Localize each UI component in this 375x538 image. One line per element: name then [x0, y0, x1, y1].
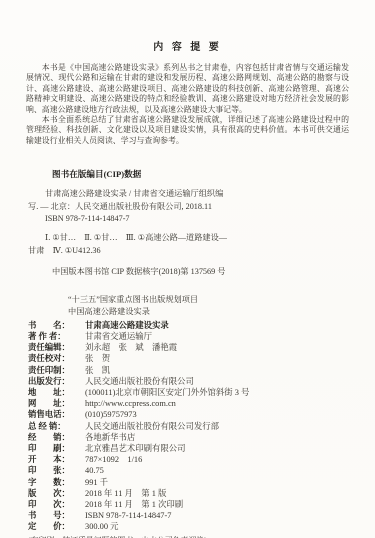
row-label: 印 张：	[28, 465, 85, 476]
cip-classification-line: 甘肃 Ⅳ. ①U412.36	[28, 245, 375, 257]
row-value: 787×1092 1/16	[85, 454, 142, 465]
colophon-row: 书 名：甘肃高速公路建设实录	[28, 320, 375, 331]
cip-record-number: 中国版本图书馆 CIP 数据核字(2018)第 137569 号	[52, 266, 375, 277]
colophon-row: 字 数：991 千	[28, 477, 375, 488]
row-label: 开 本：	[28, 454, 85, 465]
row-label: 经 销：	[28, 432, 85, 443]
series-title: 中国高速公路建设实录	[68, 306, 375, 318]
series-note: “十三五”国家重点图书出版规划项目	[68, 294, 375, 306]
row-value: 991 千	[85, 477, 108, 488]
colophon-row: 责任校对：张 贺	[28, 353, 375, 364]
row-value: 张 贺	[85, 353, 110, 364]
book-colophon-page: 内 容 提 要 本书是《中国高速公路建设实录》系列丛书之甘肃卷，内容包括甘肃省情…	[0, 0, 375, 538]
colophon-row: 网 址：http://www.ccpress.com.cn	[28, 398, 375, 409]
row-value: 2018 年 11 月 第 1 版	[85, 488, 166, 499]
row-label: 网 址：	[28, 398, 85, 409]
row-label: 责任校对：	[28, 353, 85, 364]
cip-classification-line: Ⅰ. ①甘… Ⅱ. ①甘… Ⅲ. ①高速公路—道路建设—	[28, 232, 375, 244]
row-value: 甘肃省交通运输厅	[85, 331, 152, 342]
content-summary-section: 内 容 提 要 本书是《中国高速公路建设实录》系列丛书之甘肃卷，内容包括甘肃省情…	[0, 38, 375, 146]
row-label: 印 次：	[28, 499, 85, 510]
colophon-section: “十三五”国家重点图书出版规划项目 中国高速公路建设实录 书 名：甘肃高速公路建…	[0, 294, 375, 538]
colophon-row: 开 本：787×1092 1/16	[28, 454, 375, 465]
colophon-row: 经 销：各地新华书店	[28, 432, 375, 443]
row-label: 印 刷：	[28, 443, 85, 454]
row-value: 各地新华书店	[85, 432, 135, 443]
colophon-row: 著 作 者：甘肃省交通运输厅	[28, 331, 375, 342]
colophon-row: 销售电话：(010)59757973	[28, 409, 375, 420]
row-value: 北京雅昌艺术印刷有限公司	[85, 443, 186, 454]
summary-title: 内 容 提 要	[0, 38, 375, 53]
colophon-row: 责任编辑：刘永超 张 斌 潘艳霞	[28, 342, 375, 353]
colophon-row: 书 号：ISBN 978-7-114-14847-7	[28, 510, 375, 521]
row-label: 版 次：	[28, 488, 85, 499]
row-value: (100011)北京市朝阳区安定门外外馆斜街 3 号	[85, 387, 249, 398]
row-label: 著 作 者：	[28, 331, 85, 342]
row-value: 刘永超 张 斌 潘艳霞	[85, 342, 177, 353]
colophon-row: 印 次：2018 年 11 月 第 1 次印刷	[28, 499, 375, 510]
cip-description-line: 写. — 北京：人民交通出版社股份有限公司, 2018.11	[28, 201, 375, 213]
row-label: 销售电话：	[28, 409, 85, 420]
colophon-row: 印 张：40.75	[28, 465, 375, 476]
row-label: 书 名：	[28, 320, 85, 331]
cip-description-line: 甘肃高速公路建设实录 / 甘肃省交通运输厅组织编	[28, 188, 375, 200]
colophon-row: 印 刷：北京雅昌艺术印刷有限公司	[28, 443, 375, 454]
colophon-row: 出版发行：人民交通出版社股份有限公司	[28, 376, 375, 387]
colophon-row: 责任印制：张 凯	[28, 365, 375, 376]
row-label: 出版发行：	[28, 376, 85, 387]
quality-note: (有印刷、装订质量问题的图书，由本公司负责调换)	[28, 535, 375, 538]
cip-title: 图书在版编目(CIP)数据	[52, 168, 375, 180]
row-value: 40.75	[85, 465, 104, 476]
row-value: 人民交通出版社股份有限公司	[85, 376, 194, 387]
row-label: 地 址：	[28, 387, 85, 398]
summary-paragraph: 本书是《中国高速公路建设实录》系列丛书之甘肃卷，内容包括甘肃省情与交通运输发展情…	[26, 63, 349, 115]
row-label: 责任编辑：	[28, 342, 85, 353]
colophon-rows: 书 名：甘肃高速公路建设实录著 作 者：甘肃省交通运输厅责任编辑：刘永超 张 斌…	[28, 320, 375, 533]
colophon-row: 地 址：(100011)北京市朝阳区安定门外外馆斜街 3 号	[28, 387, 375, 398]
row-value: 张 凯	[85, 365, 110, 376]
row-value: 甘肃高速公路建设实录	[85, 320, 169, 331]
row-value: 人民交通出版社股份有限公司发行部	[85, 421, 219, 432]
row-value: 2018 年 11 月 第 1 次印刷	[85, 499, 183, 510]
cip-isbn-line: ISBN 978-7-114-14847-7	[28, 213, 375, 225]
row-value: (010)59757973	[85, 409, 137, 420]
row-label: 总 经 销：	[28, 421, 85, 432]
row-label: 责任印制：	[28, 365, 85, 376]
colophon-row: 总 经 销：人民交通出版社股份有限公司发行部	[28, 421, 375, 432]
row-value: 300.00 元	[85, 521, 119, 532]
cip-section: 图书在版编目(CIP)数据 甘肃高速公路建设实录 / 甘肃省交通运输厅组织编 写…	[0, 168, 375, 277]
colophon-row: 定 价：300.00 元	[28, 521, 375, 532]
row-label: 定 价：	[28, 521, 85, 532]
colophon-row: 版 次：2018 年 11 月 第 1 版	[28, 488, 375, 499]
series-block: “十三五”国家重点图书出版规划项目 中国高速公路建设实录	[68, 294, 375, 318]
row-label: 字 数：	[28, 477, 85, 488]
summary-paragraph: 本书全面系统总结了甘肃省高速公路建设发展成就，详细记述了高速公路建设过程中的管理…	[26, 115, 349, 146]
row-value: ISBN 978-7-114-14847-7	[85, 510, 171, 521]
row-label: 书 号：	[28, 510, 85, 521]
row-value: http://www.ccpress.com.cn	[85, 398, 176, 409]
